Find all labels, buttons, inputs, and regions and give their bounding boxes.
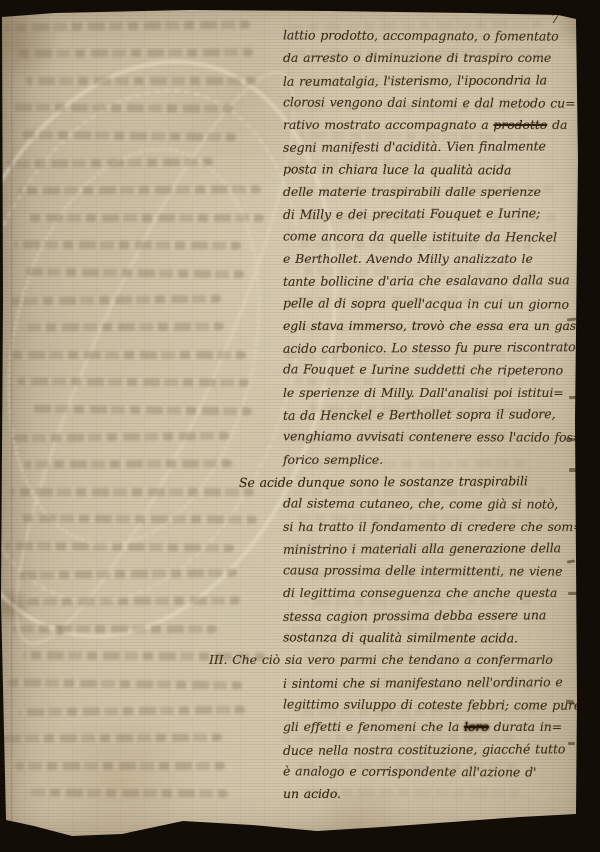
manuscript-line: sostanza di qualità similmente acida. [283,626,579,650]
manuscript-line: ministrino i materiali alla generazione … [283,537,579,561]
bleedthrough-line [18,186,261,195]
paper-sheet: lattio prodotto, accompagnato, o fomenta… [0,0,600,852]
bleedthrough-line [16,569,237,580]
manuscript-line: e Berthollet. Avendo Milly analizzato le [283,248,579,270]
bleedthrough-line [15,762,225,770]
bleedthrough-line [6,351,246,359]
manuscript-line: legittimo sviluppo di coteste febbri; co… [283,693,579,717]
manuscript-line: segni manifesti d'acidità. Vien finalmen… [283,136,579,160]
bleedthrough-line [12,625,217,633]
edge-ink-mark [568,742,575,745]
bleedthrough-line [17,377,249,386]
text-column: lattio prodotto, accompagnato, o fomenta… [283,25,579,805]
manuscript-line: Se acide dunque sono le sostanze traspir… [239,470,579,494]
manuscript-line: si ha tratto il fondamento di credere ch… [283,516,579,538]
bleedthrough-line [8,678,242,689]
manuscript-line: i sintomi che si manifestano nell'ordina… [283,671,579,695]
bleedthrough-line [14,240,241,249]
bleedthrough-line [15,49,253,58]
manuscript-line: forico semplice. [283,449,579,471]
manuscript-line: da arresto o diminuzione di traspiro com… [283,47,579,69]
verso-bleedthrough [4,22,280,822]
manuscript-line: di legittima conseguenza che anche quest… [283,582,579,604]
manuscript-line: dal sistema cutaneo, che, come già si no… [283,493,579,517]
manuscript-photo: lattio prodotto, accompagnato, o fomenta… [0,0,600,852]
page-number: 7 [551,12,559,27]
edge-ink-mark [566,700,574,705]
bleedthrough-line [29,214,264,222]
manuscript-line: clorosi vengono dai sintomi e dal metodo… [283,91,579,115]
manuscript-line: di Milly e dei precitati Fouquet e Iurin… [283,202,579,226]
manuscript-line: stessa cagion prossima debba essere una [283,604,579,628]
manuscript-text: rativo mostrato accompagnato a [283,117,493,132]
struck-word: prodotto [493,117,547,132]
manuscript-line: egli stava immerso, trovò che essa era u… [283,315,579,337]
bleedthrough-line [5,541,234,552]
manuscript-line: come ancora da quelle istituite da Henck… [283,225,579,249]
manuscript-line: lattio prodotto, accompagnato, o fomenta… [283,24,579,48]
manuscript-line: acido carbonico. Lo stesso fu pure risco… [283,336,579,360]
manuscript-text: gli effetti e fenomeni che la [283,719,464,734]
manuscript-line: la reumatalgia, l'isterismo, l'ipocondri… [283,69,579,93]
manuscript-line: delle materie traspirabili dalle sperien… [283,181,579,203]
manuscript-line: III. Che ciò sia vero parmi che tendano … [209,649,579,671]
manuscript-line: tante bollicine d'aria che esalavano dal… [283,269,579,293]
manuscript-text: da [547,117,567,132]
left-edge-crease [10,12,13,824]
bleedthrough-line [24,460,232,469]
manuscript-line: causa prossima delle intermittenti, ne v… [283,559,579,583]
bleedthrough-line [4,20,250,31]
manuscript-line: posta in chiara luce la qualità acida [283,158,579,182]
bleedthrough-line [19,706,245,717]
bleedthrough-line [28,404,252,415]
manuscript-line: da Fouquet e Iurine suddetti che ripeter… [283,359,579,383]
edge-ink-mark [568,592,577,595]
blotted-word: loro [464,719,489,734]
manuscript-line: rativo mostrato accompagnato a prodotto … [283,114,579,136]
manuscript-line: duce nella nostra costituzione, giacché … [283,738,579,762]
bleedthrough-line [25,267,244,278]
manuscript-line: venghiamo avvisati contenere esso l'acid… [283,426,579,450]
bleedthrough-line [9,488,254,496]
bleedthrough-line [11,104,233,113]
manuscript-line: è analogo e corrispondente all'azione d' [283,760,579,784]
bleedthrough-line [22,130,236,141]
manuscript-line: un acido. [283,783,579,805]
bleedthrough-line [21,323,224,332]
manuscript-text: durata in= [489,719,562,734]
manuscript-line: le sperienze di Milly. Dall'analisi poi … [283,382,579,404]
bleedthrough-line [10,295,221,306]
manuscript-line: gli effetti e fenomeni che la loro durat… [283,716,579,738]
bleedthrough-line [26,77,256,85]
bleedthrough-line [7,158,213,169]
bleedthrough-line [20,514,257,523]
edge-ink-mark [569,468,576,472]
bleedthrough-line [26,789,228,798]
bleedthrough-line [4,734,222,743]
manuscript-line: ta da Henckel e Berthollet sopra il sudo… [283,403,579,427]
bleedthrough-line [27,597,240,606]
edge-ink-mark [569,396,577,399]
manuscript-line: pelle al di sopra quell'acqua in cui un … [283,292,579,316]
bleedthrough-line [13,432,229,443]
